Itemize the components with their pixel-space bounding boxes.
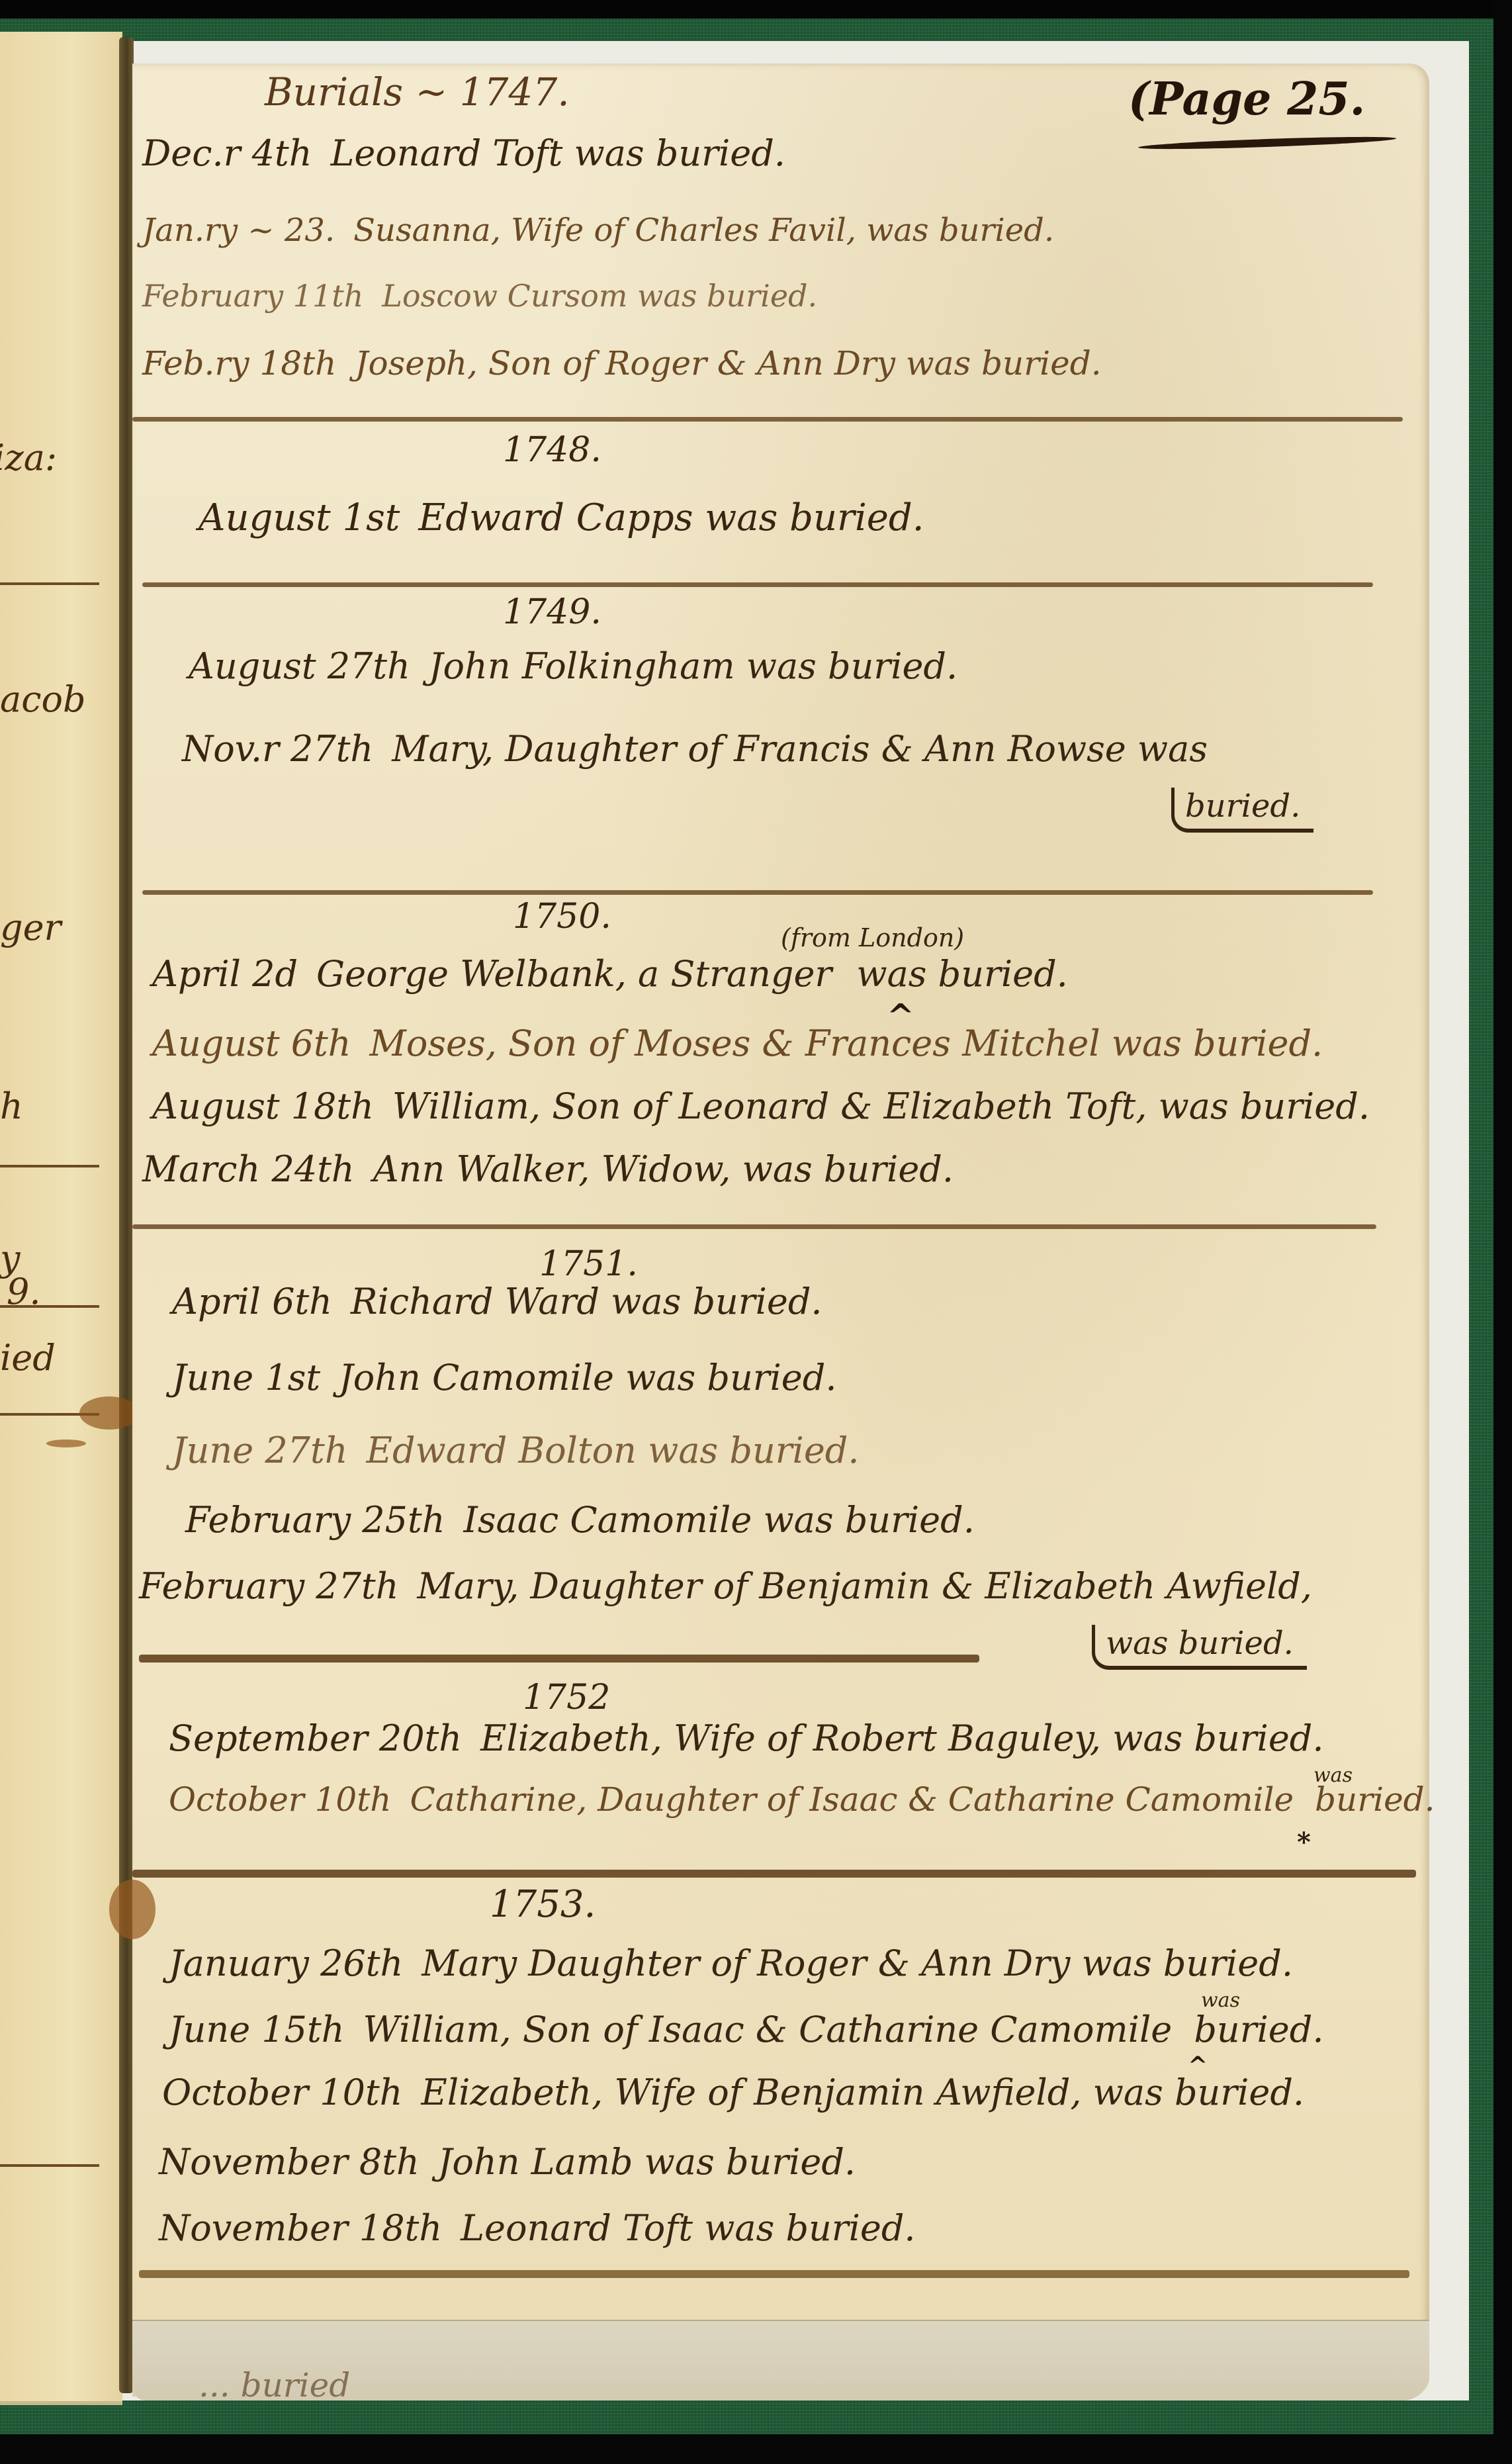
bottom-fragment-text: ... buried xyxy=(199,2366,350,2404)
section-divider xyxy=(139,2270,1409,2278)
section-divider xyxy=(132,417,1403,422)
left-page xyxy=(0,32,122,2405)
entry-continuation: buried. xyxy=(1171,788,1313,833)
burial-entry: August 18thWilliam, Son of Leonard & Eli… xyxy=(152,1085,1370,1127)
burial-entry: November 8thJohn Lamb was buried. xyxy=(159,2141,856,2183)
page-gutter xyxy=(119,37,134,2393)
burial-entry: October 10thCatharine, Daughter of Isaac… xyxy=(169,1780,1435,1819)
burial-entry: October 10thElizabeth, Wife of Benjamin … xyxy=(162,2072,1304,2113)
section-divider xyxy=(142,890,1373,895)
section-divider xyxy=(139,1655,979,1663)
burial-entry: Nov.r 27thMary, Daughter of Francis & An… xyxy=(182,728,1208,770)
burial-entry: April 2dGeorge Welbank, a Stranger was b… xyxy=(152,953,1068,995)
insertion-caret: * xyxy=(1297,1827,1311,1858)
left-page-rule xyxy=(0,1305,99,1308)
ink-stain xyxy=(109,1880,156,1939)
burial-entry: August 27thJohn Folkingham was buried. xyxy=(189,645,957,687)
burial-entry: Feb.ry 18thJoseph, Son of Roger & Ann Dr… xyxy=(142,344,1102,383)
burial-entry: June 15thWilliam, Son of Isaac & Cathari… xyxy=(169,2009,1323,2050)
ink-stain xyxy=(46,1439,86,1447)
burial-entry: September 20thElizabeth, Wife of Robert … xyxy=(169,1717,1324,1759)
burial-entry: February 25thIsaac Camomile was buried. xyxy=(185,1499,975,1541)
burial-entry: June 27thEdward Bolton was buried. xyxy=(172,1430,860,1471)
burial-entry: March 24thAnn Walker, Widow, was buried. xyxy=(142,1148,954,1190)
burial-entry: August 1stEdward Capps was buried. xyxy=(199,496,924,539)
left-page-fragment: ger xyxy=(0,907,61,948)
year-heading: 1752 xyxy=(523,1678,610,1717)
burial-entry: Jan.ry ~ 23.Susanna, Wife of Charles Fav… xyxy=(142,212,1054,249)
left-page-rule xyxy=(0,2164,99,2167)
year-heading: 1753. xyxy=(490,1883,596,1926)
year-heading: 1750. xyxy=(513,897,611,936)
left-page-fragment: ied xyxy=(0,1337,56,1379)
left-page-fragment: iza: xyxy=(0,437,57,479)
burial-entry: February 27thMary, Daughter of Benjamin … xyxy=(139,1565,1312,1607)
year-heading: 1748. xyxy=(503,430,601,470)
left-page-fragment: h xyxy=(0,1085,23,1127)
section-divider xyxy=(132,1224,1376,1229)
left-page-rule xyxy=(0,1165,99,1167)
background-shadow xyxy=(1493,0,1512,2464)
section-divider xyxy=(142,582,1373,587)
year-heading: 1751. xyxy=(539,1244,638,1284)
burial-entry: April 6thRichard Ward was buried. xyxy=(172,1281,823,1322)
year-heading: 1749. xyxy=(503,592,601,632)
burial-entry: November 18thLeonard Toft was buried. xyxy=(159,2207,916,2249)
burial-entry: January 26thMary Daughter of Roger & Ann… xyxy=(169,1942,1293,1984)
left-page-rule xyxy=(0,582,99,585)
entry-continuation: was buried. xyxy=(1092,1625,1307,1670)
burial-entry: February 11thLoscow Cursom was buried. xyxy=(142,278,817,314)
burial-entry: Dec.r 4thLeonard Toft was buried. xyxy=(142,132,785,174)
interlinear-insertion: (from London) xyxy=(781,923,964,952)
left-page-fragment: acob xyxy=(0,678,86,720)
section-divider xyxy=(132,1870,1416,1878)
burial-entry: June 1stJohn Camomile was buried. xyxy=(172,1357,837,1398)
background-shadow-bottom xyxy=(0,2434,1512,2464)
ink-stain xyxy=(79,1396,139,1430)
burial-entry: August 6thMoses, Son of Moses & Frances … xyxy=(152,1023,1323,1064)
page-number: (Page 25. xyxy=(1128,73,1365,126)
page-heading: Burials ~ 1747. xyxy=(265,69,570,114)
